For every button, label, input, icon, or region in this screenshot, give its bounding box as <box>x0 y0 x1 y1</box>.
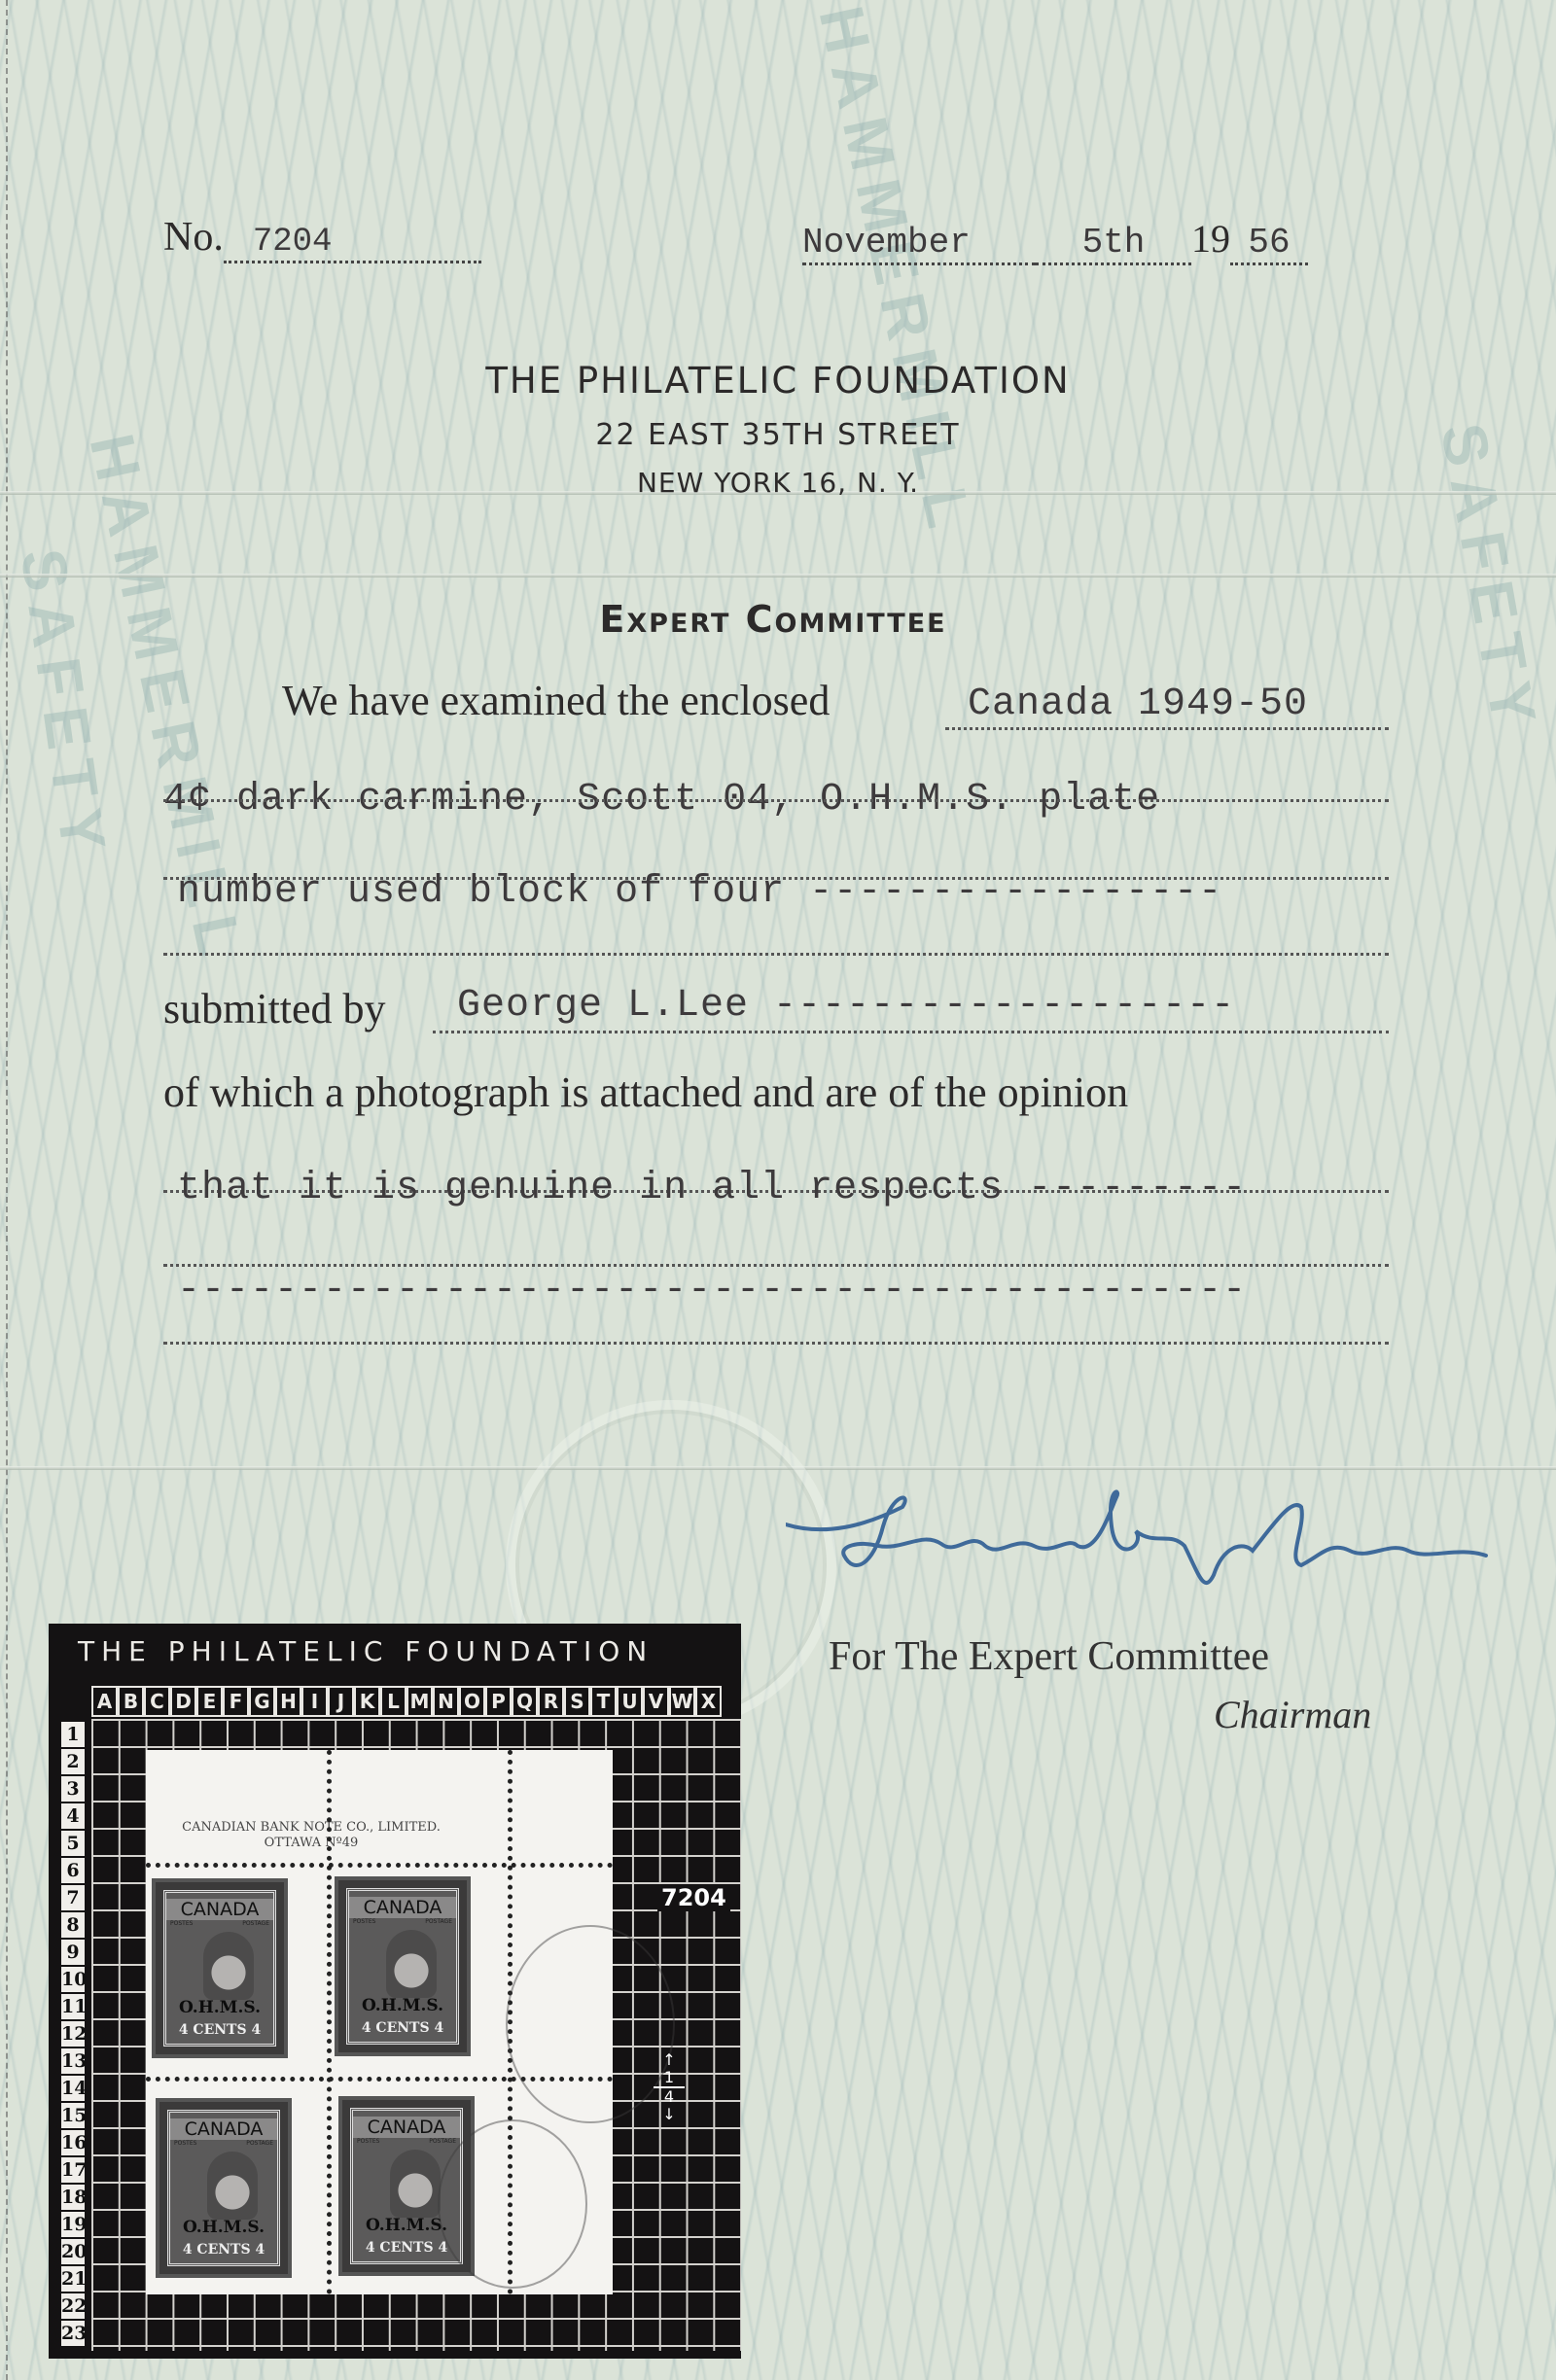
grid-letter: P <box>485 1686 512 1717</box>
grid-letter: O <box>459 1686 485 1717</box>
grid-number: 22 <box>60 2292 86 2320</box>
grid-number: 13 <box>60 2047 86 2075</box>
dotted-rule <box>163 1264 1389 1267</box>
scale-numerator: 1 <box>640 2069 698 2086</box>
stamp-country: CANADA <box>353 2117 460 2138</box>
dotted-rule <box>163 1342 1389 1345</box>
scale-denominator: 4 <box>640 2088 698 2106</box>
signer-title: Chairman <box>1214 1692 1371 1737</box>
grid-letter: W <box>669 1686 695 1717</box>
submitter-name: George L.Lee ------------------- <box>457 984 1391 1028</box>
stamp-overprint: O.H.M.S. <box>349 1996 456 2015</box>
grid-letter: E <box>196 1686 223 1717</box>
photo-title: THE PHILATELIC FOUNDATION <box>78 1635 654 1667</box>
stamp-sub: POSTES <box>353 1918 375 1925</box>
stamp-sub: POSTAGE <box>242 1920 269 1927</box>
grid-letter: R <box>538 1686 564 1717</box>
grid-number: 16 <box>60 2129 86 2156</box>
grid-number: 20 <box>60 2238 86 2265</box>
grid-number: 15 <box>60 2102 86 2129</box>
grid-number: 21 <box>60 2265 86 2292</box>
chairman-signature <box>786 1487 1515 1604</box>
organization-name: THE PHILATELIC FOUNDATION <box>0 360 1556 402</box>
grid-row-numbers: 1 2 3 4 5 6 7 8 9 10 11 12 13 14 15 16 1… <box>60 1721 86 2347</box>
grid-letter: Q <box>512 1686 538 1717</box>
dotted-rule <box>433 1031 1389 1033</box>
plate-imprint: CANADIAN BANK NOTE CO., LIMITED. OTTAWA … <box>146 1820 477 1851</box>
stamp-sub: POSTES <box>357 2138 379 2145</box>
grid-letter: F <box>223 1686 249 1717</box>
grid-letter: H <box>275 1686 301 1717</box>
stamp-sub: POSTAGE <box>425 1918 452 1925</box>
signed-for-label: For The Expert Committee <box>829 1633 1269 1680</box>
date-century: 19 <box>1191 217 1230 261</box>
stamp-value: 4 CENTS 4 <box>353 2240 460 2256</box>
king-portrait <box>207 2152 258 2220</box>
grid-letter: B <box>118 1686 144 1717</box>
grid-letter: T <box>590 1686 617 1717</box>
dotted-rule <box>945 727 1389 730</box>
king-portrait <box>203 1932 254 2000</box>
grid-letter: S <box>564 1686 590 1717</box>
stamp-country: CANADA <box>349 1897 456 1918</box>
certificate-number: 7204 <box>224 224 481 263</box>
number-label: No. <box>163 215 224 260</box>
grid-number: 3 <box>60 1775 86 1802</box>
grid-number: 1 <box>60 1721 86 1748</box>
stamp-sub: POSTES <box>174 2140 196 2147</box>
fold-line <box>0 574 1556 577</box>
grid-number: 2 <box>60 1748 86 1775</box>
stamp-overprint: O.H.M.S. <box>170 2218 277 2237</box>
intro-label: We have examined the enclosed <box>282 677 830 724</box>
attached-photograph: THE PHILATELIC FOUNDATION A B C D E F G … <box>49 1624 741 2359</box>
king-portrait <box>390 2150 441 2218</box>
grid-letter: N <box>433 1686 459 1717</box>
grid-letter: I <box>301 1686 328 1717</box>
grid-number: 5 <box>60 1830 86 1857</box>
stamp-country: CANADA <box>170 2118 277 2140</box>
grid-number: 8 <box>60 1911 86 1939</box>
stamp-sub: POSTAGE <box>246 2140 273 2147</box>
item-line-1: Canada 1949-50 <box>968 682 1386 726</box>
imprint-line-2: OTTAWA Nº49 <box>146 1836 477 1851</box>
grid-number: 7 <box>60 1884 86 1911</box>
grid-number: 6 <box>60 1857 86 1884</box>
opinion-line-1: that it is genuine in all respects -----… <box>177 1167 1402 1210</box>
grid-letter: G <box>249 1686 275 1717</box>
grid-letter: L <box>380 1686 407 1717</box>
scale-indicator: ↑ 1 4 ↓ <box>640 2051 698 2123</box>
grid-letter: X <box>695 1686 722 1717</box>
grid-letter: M <box>407 1686 433 1717</box>
date-day: 5th <box>1036 223 1191 265</box>
grid-letter: K <box>354 1686 380 1717</box>
organization-street: 22 EAST 35TH STREET <box>0 418 1556 452</box>
date-year: 56 <box>1230 223 1308 265</box>
stamp: CANADA POSTESPOSTAGE O.H.M.S. 4 CENTS 4 <box>152 1878 288 2058</box>
king-portrait <box>386 1930 437 1998</box>
grid-column-letters: A B C D E F G H I J K L M N O P Q R S T … <box>91 1686 722 1717</box>
grid-number: 12 <box>60 2020 86 2047</box>
grid-letter: C <box>144 1686 170 1717</box>
section-title: Expert Committee <box>0 598 1546 641</box>
organization-city: NEW YORK 16, N. Y. <box>0 467 1556 499</box>
stamp-value: 4 CENTS 4 <box>349 2020 456 2036</box>
dotted-rule <box>163 799 1389 802</box>
grid-letter: A <box>91 1686 118 1717</box>
grid-number: 18 <box>60 2184 86 2211</box>
stamp: CANADA POSTESPOSTAGE O.H.M.S. 4 CENTS 4 <box>156 2098 292 2278</box>
stamp-sub: POSTAGE <box>429 2138 456 2145</box>
grid-number: 14 <box>60 2075 86 2102</box>
stamp-country: CANADA <box>166 1899 273 1920</box>
photo-clause: of which a photograph is attached and ar… <box>163 1067 1428 1117</box>
stamp-sub: POSTES <box>170 1920 193 1927</box>
postmark-cancel <box>438 2119 587 2289</box>
stamp: CANADA POSTESPOSTAGE O.H.M.S. 4 CENTS 4 <box>335 1876 471 2056</box>
grid-letter: J <box>328 1686 354 1717</box>
certificate-number-line: No.7204 <box>163 214 481 263</box>
imprint-line-1: CANADIAN BANK NOTE CO., LIMITED. <box>146 1820 477 1836</box>
opinion-line-2: ----------------------------------------… <box>177 1269 1402 1312</box>
plate-block-sheet: CANADIAN BANK NOTE CO., LIMITED. OTTAWA … <box>146 1750 613 2294</box>
photo-certificate-number: 7204 <box>657 1884 730 1911</box>
grid-number: 11 <box>60 1993 86 2020</box>
grid-number: 9 <box>60 1939 86 1966</box>
stamp-overprint: O.H.M.S. <box>166 1998 273 2017</box>
item-line-3: number used block of four --------------… <box>177 870 1402 914</box>
perforated-edge <box>6 0 8 2380</box>
grid-letter: U <box>617 1686 643 1717</box>
stamp-value: 4 CENTS 4 <box>166 2022 273 2038</box>
stamp-value: 4 CENTS 4 <box>170 2242 277 2257</box>
perforation <box>146 1863 613 1868</box>
grid-number: 4 <box>60 1802 86 1830</box>
grid-number: 23 <box>60 2320 86 2347</box>
date-month: November <box>802 223 1036 265</box>
grid-number: 10 <box>60 1966 86 1993</box>
dotted-rule <box>163 953 1389 956</box>
grid-letter: V <box>643 1686 669 1717</box>
perforation <box>327 1750 332 2294</box>
grid-number: 19 <box>60 2211 86 2238</box>
grid-number: 17 <box>60 2156 86 2184</box>
grid-letter: D <box>170 1686 196 1717</box>
date-line: November5th1956 <box>802 216 1308 265</box>
